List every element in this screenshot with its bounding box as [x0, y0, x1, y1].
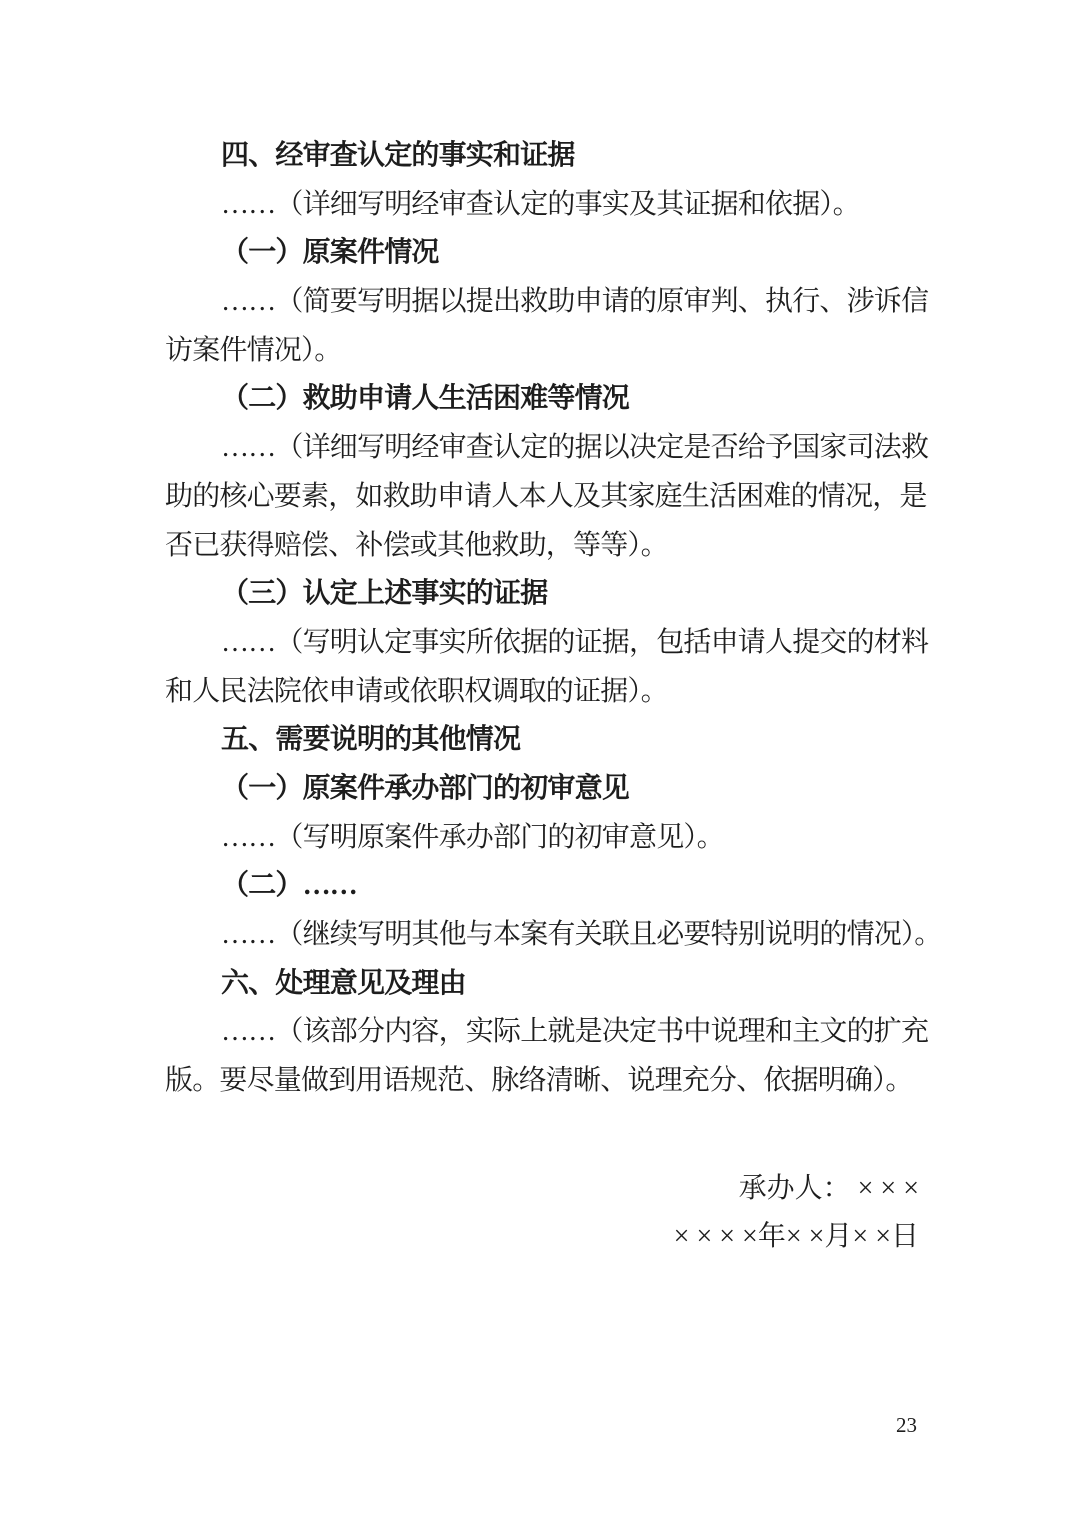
body-line: ……（详细写明经审查认定的据以决定是否给予国家司法救: [165, 424, 937, 473]
body-line: ……（写明原案件承办部门的初审意见）。: [165, 814, 937, 863]
signature-block: 承办人： × × × × × × ×年× ×月× ×日: [165, 1165, 937, 1262]
subsection-heading: （二）救助申请人生活困难等情况: [165, 375, 937, 424]
body-line: ……（继续写明其他与本案有关联且必要特别说明的情况）。: [165, 911, 937, 960]
section-heading: 六、处理意见及理由: [165, 960, 937, 1009]
signature-handler: 承办人： × × ×: [165, 1165, 919, 1214]
document-body: 四、经审查认定的事实和证据 ……（详细写明经审查认定的事实及其证据和依据）。 （…: [165, 132, 937, 1262]
document-page: 四、经审查认定的事实和证据 ……（详细写明经审查认定的事实及其证据和依据）。 （…: [0, 0, 1080, 1527]
body-line: 和人民法院依申请或依职权调取的证据）。: [165, 668, 937, 717]
body-line: ……（详细写明经审查认定的事实及其证据和依据）。: [165, 181, 937, 230]
signature-date: × × × ×年× ×月× ×日: [165, 1213, 919, 1262]
body-line: 访案件情况）。: [165, 327, 937, 376]
subsection-heading: （一）原案件承办部门的初审意见: [165, 765, 937, 814]
body-line: 版。要尽量做到用语规范、脉络清晰、说理充分、依据明确）。: [165, 1057, 937, 1106]
subsection-heading: （二）……: [165, 862, 937, 911]
subsection-heading: （一）原案件情况: [165, 229, 937, 278]
body-line: 助的核心要素，如救助申请人本人及其家庭生活困难的情况，是: [165, 473, 937, 522]
page-number: 23: [896, 1410, 917, 1440]
body-line: ……（简要写明据以提出救助申请的原审判、执行、涉诉信: [165, 278, 937, 327]
subsection-heading: （三）认定上述事实的证据: [165, 570, 937, 619]
body-line: ……（该部分内容，实际上就是决定书中说理和主文的扩充: [165, 1008, 937, 1057]
section-heading: 四、经审查认定的事实和证据: [165, 132, 937, 181]
section-heading: 五、需要说明的其他情况: [165, 716, 937, 765]
body-line: ……（写明认定事实所依据的证据，包括申请人提交的材料: [165, 619, 937, 668]
body-line: 否已获得赔偿、补偿或其他救助，等等）。: [165, 522, 937, 571]
